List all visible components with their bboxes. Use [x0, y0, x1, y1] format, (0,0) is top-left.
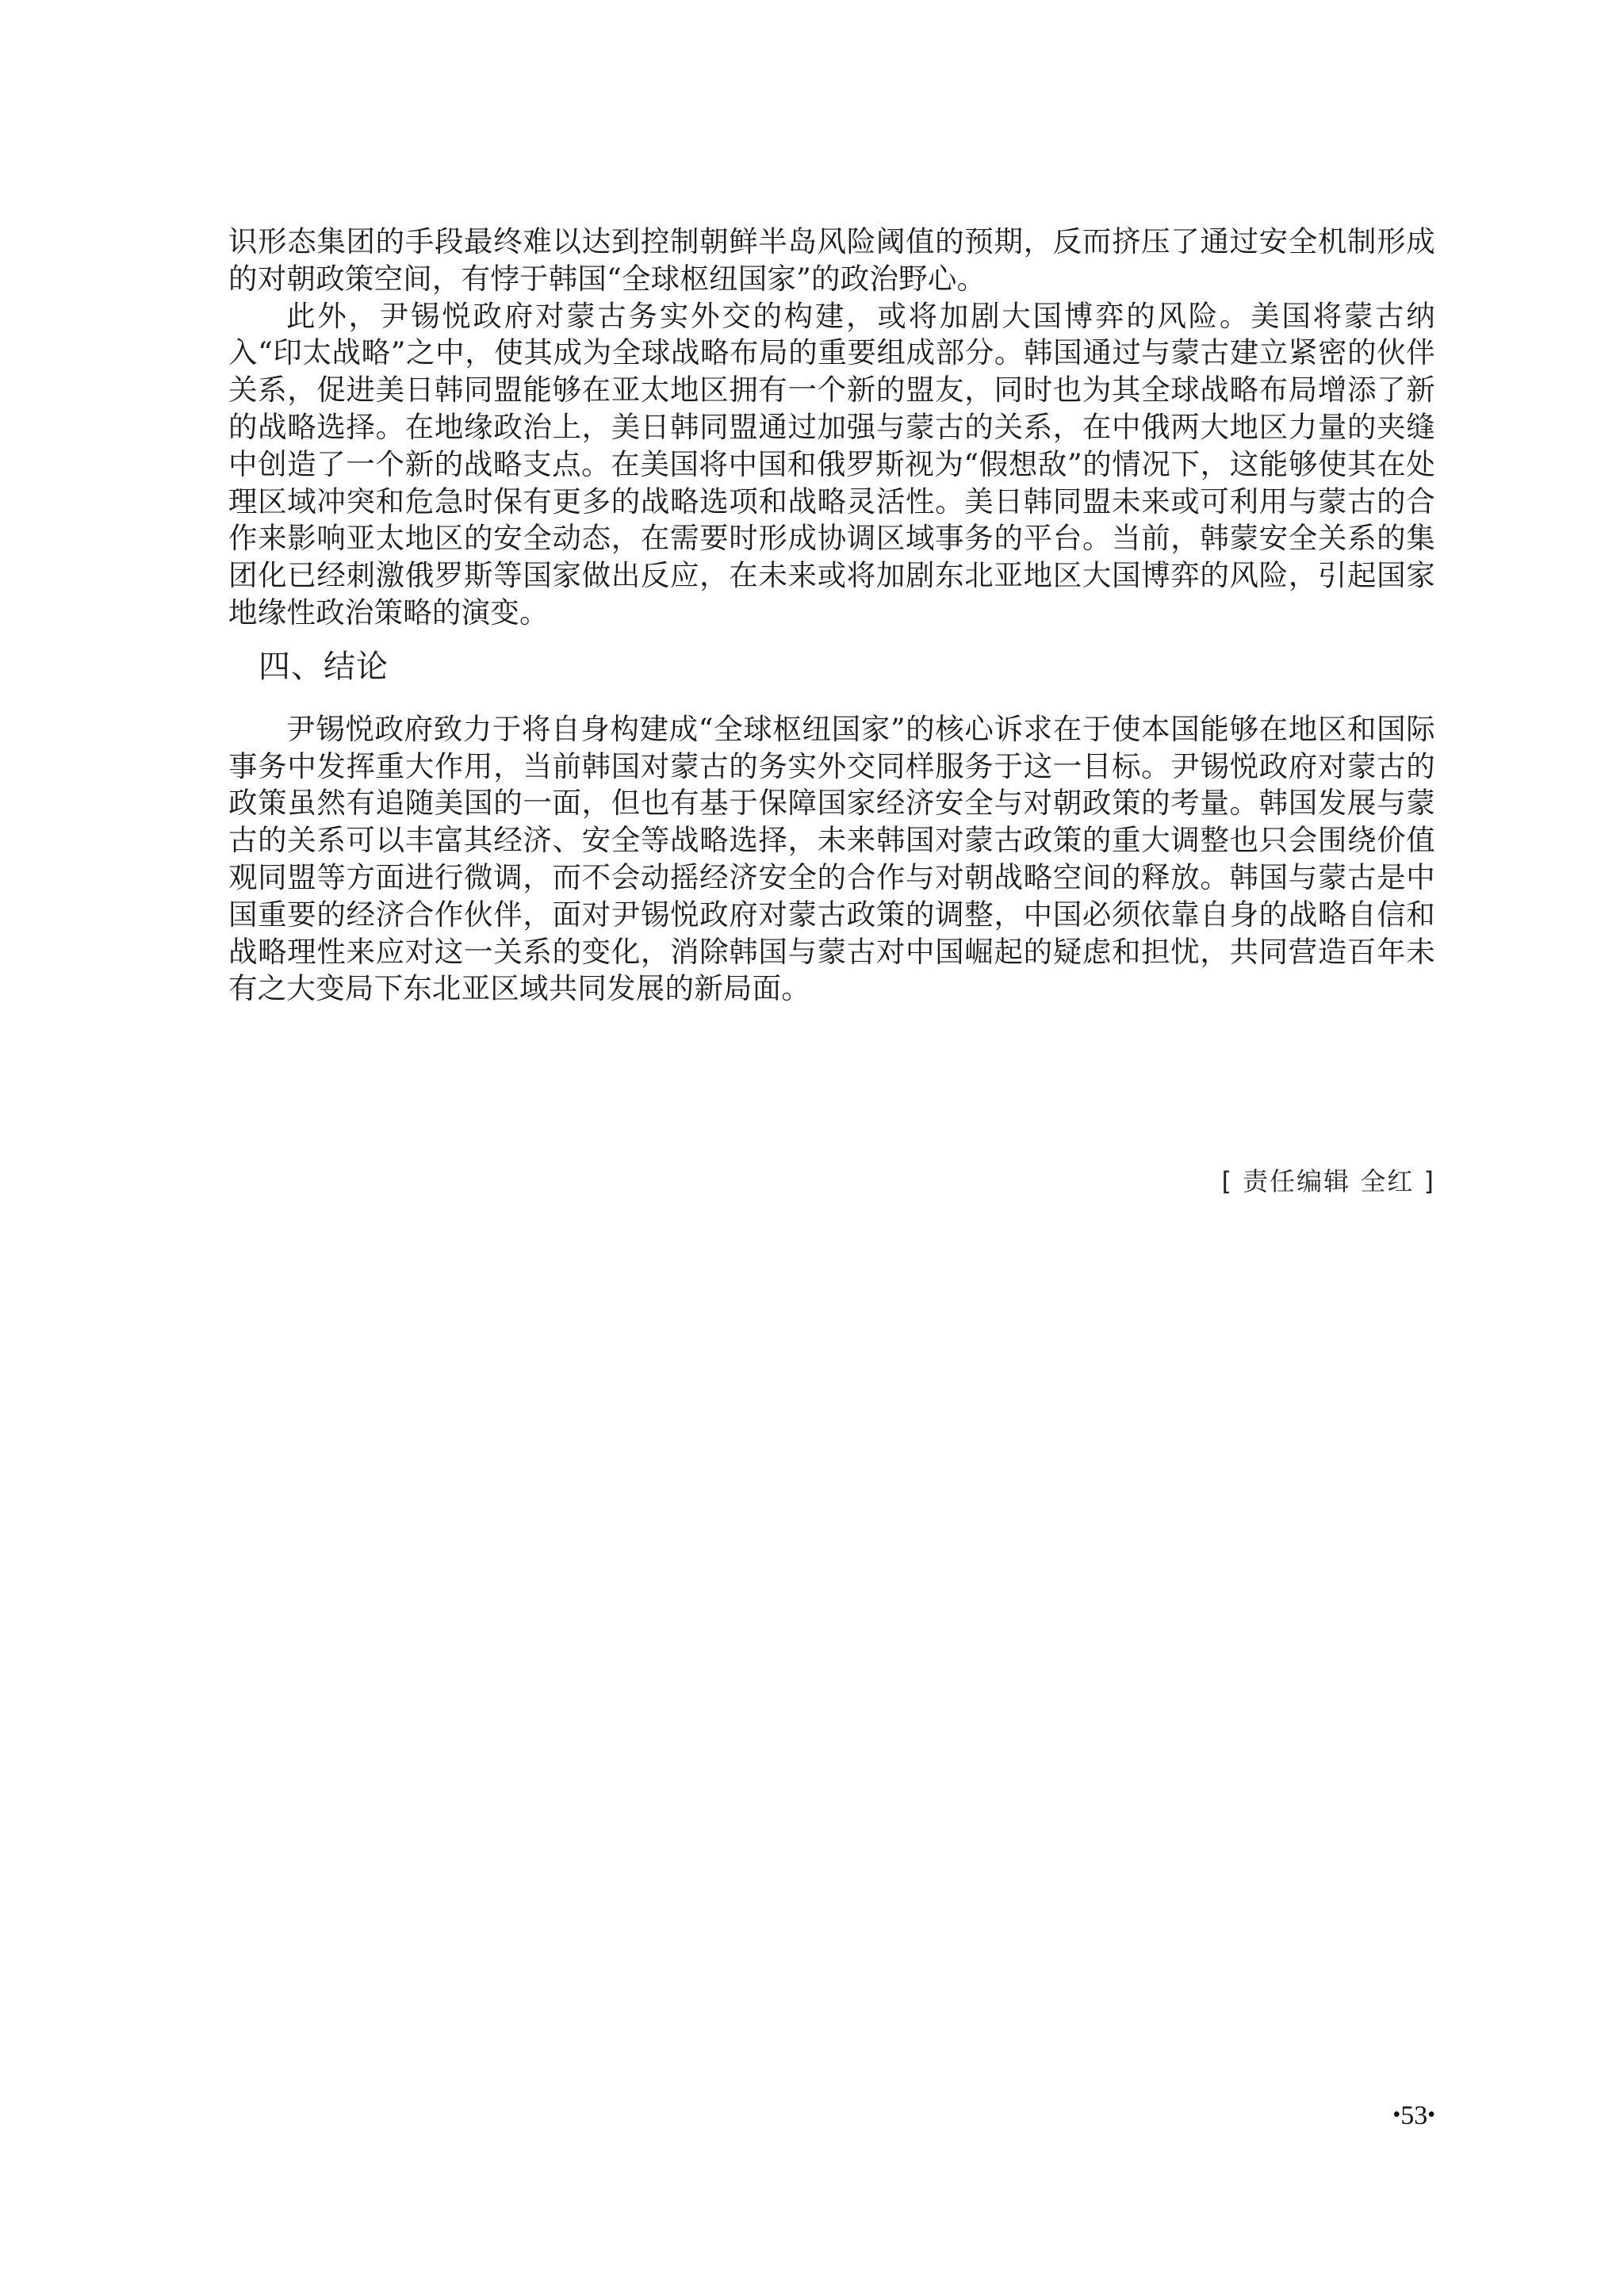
editor-credit: [ 责任编辑 全红 ] — [1222, 1165, 1436, 1197]
article-body: 识形态集团的手段最终难以达到控制朝鲜半岛风险阈值的预期，反而挤压了通过安全机制形… — [228, 224, 1435, 1008]
paragraph-geopolitical-risk: 此外，尹锡悦政府对蒙古务实外交的构建，或将加剧大国博弈的风险。美国将蒙古纳入“印… — [228, 298, 1435, 632]
page-number-dot-left: • — [1392, 2103, 1400, 2127]
section-heading-conclusion: 四、结论 — [228, 643, 1435, 691]
page-number-dot-right: • — [1427, 2103, 1435, 2127]
page-number-value: 53 — [1400, 2101, 1427, 2130]
document-page: 识形态集团的手段最终难以达到控制朝鲜半岛风险阈值的预期，反而挤压了通过安全机制形… — [0, 0, 1624, 2296]
paragraph-conclusion: 尹锡悦政府致力于将自身构建成“全球枢纽国家”的核心诉求在于使本国能够在地区和国际… — [228, 711, 1435, 1008]
page-number: •53• — [1392, 2099, 1435, 2132]
paragraph-continuation: 识形态集团的手段最终难以达到控制朝鲜半岛风险阈值的预期，反而挤压了通过安全机制形… — [228, 224, 1435, 298]
